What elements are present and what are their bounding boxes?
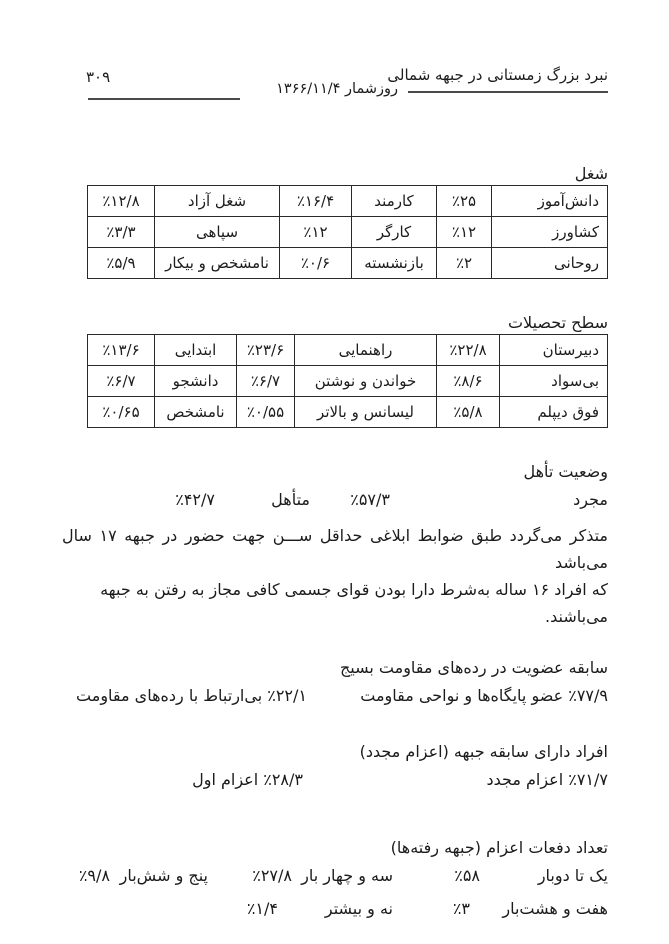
table-cell: نامشخص و بیکار	[155, 248, 280, 279]
header-rule-right	[408, 91, 608, 93]
table-cell: روحانی	[492, 248, 608, 279]
basij-member-stat: ٪۷۷/۹ عضو پایگاه‌ها و نواحی مقاومت	[360, 686, 608, 705]
dispatch-1-2-value: ٪۵۸	[454, 866, 480, 885]
table-cell: دانش‌آموز	[492, 186, 608, 217]
basij-row: ٪۷۷/۹ عضو پایگاه‌ها و نواحی مقاومت ٪۲۲/۱…	[62, 686, 608, 714]
table-cell: ٪۲	[437, 248, 492, 279]
table-cell: ٪۸/۶	[437, 366, 500, 397]
table-cell: خواندن و نوشتن	[295, 366, 437, 397]
dispatch-3-4-value: ٪۲۷/۸	[252, 866, 292, 885]
page-header: نبرد بزرگ زمستانی در جبهه شمالی ۳۰۹ روزش…	[62, 66, 608, 110]
dispatch-7-8-label: هفت و هشت‌بار	[502, 899, 608, 918]
single-label: مجرد	[573, 490, 608, 509]
table-cell: ٪۵/۸	[437, 397, 500, 428]
chronicle-date: روزشمار ۱۳۶۶/۱۱/۴	[276, 81, 398, 97]
age-note: متذکر می‌گردد طبق ضوابط ابلاغی حداقل ســ…	[62, 522, 608, 630]
table-cell: ٪۱۲	[280, 217, 352, 248]
dispatch-5-6-label: پنج و شش‌بار	[120, 866, 208, 885]
table-cell: ٪۶/۷	[88, 366, 155, 397]
table-cell: راهنمایی	[295, 335, 437, 366]
occupation-table: دانش‌آموز ٪۲۵ کارمند ٪۱۶/۴ شغل آزاد ٪۱۲/…	[87, 185, 608, 279]
education-table: دبیرستان ٪۲۲/۸ راهنمایی ٪۲۳/۶ ابتدایی ٪۱…	[87, 334, 608, 428]
education-heading: سطح تحصیلات	[62, 313, 608, 333]
table-cell: دبیرستان	[500, 335, 608, 366]
age-note-line1: متذکر می‌گردد طبق ضوابط ابلاغی حداقل ســ…	[62, 522, 608, 576]
dispatch-5-6-value: ٪۹/۸	[79, 866, 110, 885]
dispatch-row-2: هفت و هشت‌بار ٪۳ نه و بیشتر ٪۱/۴	[62, 899, 608, 927]
table-cell: ٪۶/۷	[237, 366, 295, 397]
table-cell: لیسانس و بالاتر	[295, 397, 437, 428]
table-cell: ٪۵/۹	[88, 248, 155, 279]
book-page: نبرد بزرگ زمستانی در جبهه شمالی ۳۰۹ روزش…	[0, 0, 669, 944]
table-cell: ٪۲۳/۶	[237, 335, 295, 366]
dispatch-7-8-value: ٪۳	[453, 899, 470, 918]
table-cell: ٪۱۲/۸	[88, 186, 155, 217]
dispatch-3-4-label: سه و چهار بار	[301, 866, 393, 885]
dispatch-9plus-value: ٪۱/۴	[247, 899, 278, 918]
dispatch-9plus-label: نه و بیشتر	[325, 899, 393, 918]
table-cell: دانشجو	[155, 366, 237, 397]
table-cell: بی‌سواد	[500, 366, 608, 397]
redeploy-first-stat: ٪۲۸/۳ اعزام اول	[192, 770, 303, 789]
table-cell: کارگر	[352, 217, 437, 248]
page-number: ۳۰۹	[86, 68, 110, 86]
table-row: بی‌سواد ٪۸/۶ خواندن و نوشتن ٪۶/۷ دانشجو …	[88, 366, 608, 397]
dispatch-1-2-label: یک تا دوبار	[538, 866, 608, 885]
table-row: فوق دیپلم ٪۵/۸ لیسانس و بالاتر ٪۰/۵۵ نام…	[88, 397, 608, 428]
basij-unaffiliated-stat: ٪۲۲/۱ بی‌ارتباط با رده‌های مقاومت	[76, 686, 307, 705]
table-cell: سپاهی	[155, 217, 280, 248]
occupation-heading: شغل	[62, 164, 608, 184]
header-rule-left	[88, 98, 240, 100]
marital-heading: وضعیت تأهل	[62, 462, 608, 482]
table-cell: ٪۱۲	[437, 217, 492, 248]
single-value: ٪۵۷/۳	[350, 490, 390, 509]
table-cell: بازنشسته	[352, 248, 437, 279]
table-cell: کارمند	[352, 186, 437, 217]
marital-row: مجرد ٪۵۷/۳ متأهل ٪۴۲/۷	[62, 490, 608, 518]
table-row: دبیرستان ٪۲۲/۸ راهنمایی ٪۲۳/۶ ابتدایی ٪۱…	[88, 335, 608, 366]
table-cell: کشاورز	[492, 217, 608, 248]
table-row: دانش‌آموز ٪۲۵ کارمند ٪۱۶/۴ شغل آزاد ٪۱۲/…	[88, 186, 608, 217]
dispatch-heading: تعداد دفعات اعزام (جبهه رفته‌ها)	[62, 838, 608, 858]
married-value: ٪۴۲/۷	[175, 490, 215, 509]
table-cell: ابتدایی	[155, 335, 237, 366]
table-cell: ٪۲۵	[437, 186, 492, 217]
redeploy-row: ٪۷۱/۷ اعزام مجدد ٪۲۸/۳ اعزام اول	[62, 770, 608, 798]
redeploy-again-stat: ٪۷۱/۷ اعزام مجدد	[486, 770, 608, 789]
book-title: نبرد بزرگ زمستانی در جبهه شمالی	[387, 66, 608, 84]
table-cell: ٪۱۳/۶	[88, 335, 155, 366]
table-row: روحانی ٪۲ بازنشسته ٪۰/۶ نامشخص و بیکار ٪…	[88, 248, 608, 279]
basij-heading: سابقه عضویت در رده‌های مقاومت بسیج	[62, 658, 608, 678]
table-cell: ٪۱۶/۴	[280, 186, 352, 217]
table-cell: فوق دیپلم	[500, 397, 608, 428]
table-row: کشاورز ٪۱۲ کارگر ٪۱۲ سپاهی ٪۳/۳	[88, 217, 608, 248]
table-cell: ٪۰/۶	[280, 248, 352, 279]
table-cell: شغل آزاد	[155, 186, 280, 217]
table-cell: ٪۳/۳	[88, 217, 155, 248]
dispatch-row-1: یک تا دوبار ٪۵۸ سه و چهار بار ٪۲۷/۸ پنج …	[62, 866, 608, 894]
age-note-line2: که افراد ۱۶ ساله به‌شرط دارا بودن قوای ج…	[62, 576, 608, 630]
table-cell: ٪۰/۵۵	[237, 397, 295, 428]
married-label: متأهل	[271, 490, 310, 509]
table-cell: نامشخص	[155, 397, 237, 428]
table-cell: ٪۰/۶۵	[88, 397, 155, 428]
redeploy-heading: افراد دارای سابقه جبهه (اعزام مجدد)	[62, 742, 608, 762]
table-cell: ٪۲۲/۸	[437, 335, 500, 366]
page-content: نبرد بزرگ زمستانی در جبهه شمالی ۳۰۹ روزش…	[62, 66, 608, 927]
